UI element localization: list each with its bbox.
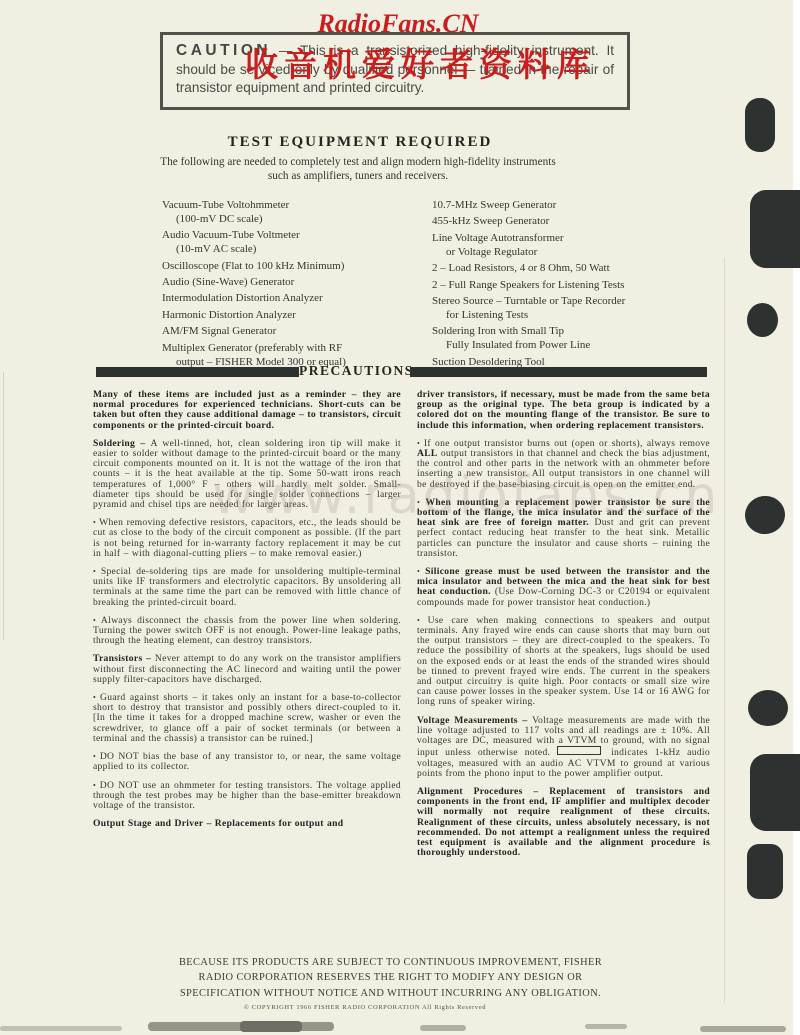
equipment-item-line: (10-mV AC scale) (162, 243, 424, 257)
equipment-item: Intermodulation Distortion Analyzer (162, 292, 424, 306)
equipment-item-line: or Voltage Regulator (432, 246, 708, 260)
precaution-paragraph: • Guard against shorts – it takes only a… (93, 693, 401, 744)
equipment-item: 455-kHz Sweep Generator (432, 215, 708, 229)
test-equipment-subtitle-line2: such as amplifiers, tuners and receivers… (0, 170, 716, 184)
bullet-marker: • (93, 693, 100, 702)
equipment-item: 2 – Full Range Speakers for Listening Te… (432, 279, 708, 293)
equipment-list-left: Vacuum-Tube Voltohmmeter(100-mV DC scale… (162, 199, 424, 372)
binder-hole-mark (745, 98, 775, 152)
scan-smudge (420, 1025, 466, 1031)
text-segment: When removing defective resistors, capac… (93, 517, 401, 559)
equipment-item-line: Intermodulation Distortion Analyzer (162, 292, 424, 306)
equipment-item-line: 10.7-MHz Sweep Generator (432, 199, 708, 213)
precaution-paragraph: Output Stage and Driver – Replacements f… (93, 819, 401, 829)
equipment-list-right: 10.7-MHz Sweep Generator455-kHz Sweep Ge… (432, 199, 708, 372)
equipment-item: Stereo Source – Turntable or Tape Record… (432, 295, 708, 323)
precaution-paragraph: Alignment Procedures – Replacement of tr… (417, 787, 710, 858)
bullet-marker: • (417, 439, 424, 448)
binder-hole-mark (750, 190, 800, 268)
binder-hole-mark (750, 754, 800, 831)
precaution-paragraph: • Special de-soldering tips are made for… (93, 567, 401, 608)
binder-hole-mark (743, 493, 788, 536)
equipment-item-line: 2 – Load Resistors, 4 or 8 Ohm, 50 Watt (432, 262, 708, 276)
precautions-column-right: driver transistors, if necessary, must b… (417, 390, 710, 866)
equipment-item: Vacuum-Tube Voltohmmeter(100-mV DC scale… (162, 199, 424, 227)
text-segment: Always disconnect the chassis from the p… (93, 615, 401, 646)
precaution-paragraph: Voltage Measurements – Voltage measureme… (417, 716, 710, 779)
equipment-item: Audio Vacuum-Tube Voltmeter(10-mV AC sca… (162, 229, 424, 257)
site-watermark-chinese: 收音机爱好者资料库 (40, 39, 800, 86)
bullet-marker: • (417, 567, 425, 576)
precaution-paragraph: • Use care when making connections to sp… (417, 616, 710, 708)
precaution-paragraph: • Silicone grease must be used between t… (417, 567, 710, 608)
scan-smudge (585, 1024, 627, 1029)
text-segment: driver transistors, if necessary, must b… (417, 389, 710, 431)
precaution-paragraph: Soldering – A well-tinned, hot, clean so… (93, 439, 401, 510)
precaution-paragraph: Many of these items are included just as… (93, 390, 401, 431)
precaution-paragraph: Transistors – Never attempt to do any wo… (93, 654, 401, 685)
footer-line: BECAUSE ITS PRODUCTS ARE SUBJECT TO CONT… (163, 955, 618, 970)
test-equipment-subtitle: The following are needed to completely t… (0, 156, 716, 183)
voltage-box-symbol (557, 746, 601, 755)
scan-fold-line (724, 258, 725, 1003)
binder-hole-mark (747, 303, 778, 337)
scan-smudge (240, 1021, 302, 1032)
text-segment: Guard against shorts – it takes only an … (93, 692, 401, 744)
bullet-marker: • (93, 752, 100, 761)
scan-smudge (700, 1026, 786, 1032)
equipment-item-line: Harmonic Distortion Analyzer (162, 309, 424, 323)
scanned-service-manual-page: RadioFans.CN 收音机爱好者资料库 CAUTION — This is… (0, 0, 800, 1035)
precaution-paragraph: • Always disconnect the chassis from the… (93, 616, 401, 647)
equipment-item-line: Oscilloscope (Flat to 100 kHz Minimum) (162, 260, 424, 274)
equipment-item-line: Vacuum-Tube Voltohmmeter (162, 199, 424, 213)
binder-hole-mark (747, 844, 783, 899)
scan-artifact-line (3, 372, 4, 640)
equipment-item-line: Line Voltage Autotransformer (432, 232, 708, 246)
bullet-marker: • (93, 616, 101, 625)
text-segment: Special de-soldering tips are made for u… (93, 566, 401, 608)
equipment-item-line: Audio Vacuum-Tube Voltmeter (162, 229, 424, 243)
precaution-paragraph: • If one output transistor burns out (op… (417, 439, 710, 490)
equipment-item-line: Fully Insulated from Power Line (432, 339, 708, 353)
text-segment: DO NOT use an ohmmeter for testing trans… (93, 780, 401, 811)
equipment-item-line: Soldering Iron with Small Tip (432, 325, 708, 339)
precautions-title: PRECAUTIONS (299, 363, 411, 379)
footer-line: RADIO CORPORATION RESERVES THE RIGHT TO … (163, 970, 618, 985)
text-segment: output transistors in that channel and c… (417, 448, 710, 490)
footer-line: SPECIFICATION WITHOUT NOTICE AND WITHOUT… (163, 986, 618, 1001)
equipment-item: Oscilloscope (Flat to 100 kHz Minimum) (162, 260, 424, 274)
equipment-item: 2 – Load Resistors, 4 or 8 Ohm, 50 Watt (432, 262, 708, 276)
precautions-bar-left (96, 367, 299, 377)
page-scan-edge (793, 0, 800, 1035)
precaution-paragraph: • DO NOT bias the base of any transistor… (93, 752, 401, 772)
footer-disclaimer: BECAUSE ITS PRODUCTS ARE SUBJECT TO CONT… (163, 955, 618, 1001)
equipment-item-line: for Listening Tests (432, 309, 708, 323)
equipment-item: Line Voltage Autotransformeror Voltage R… (432, 232, 708, 260)
text-segment: DO NOT bias the base of any transistor t… (93, 751, 401, 772)
text-segment: Output Stage and Driver – Replacements f… (93, 818, 343, 829)
equipment-item-line: (100-mV DC scale) (162, 213, 424, 227)
bullet-marker: • (417, 616, 428, 625)
equipment-item-line: Audio (Sine-Wave) Generator (162, 276, 424, 290)
text-segment: A well-tinned, hot, clean soldering iron… (93, 438, 401, 510)
equipment-item-line: 2 – Full Range Speakers for Listening Te… (432, 279, 708, 293)
precaution-paragraph: • DO NOT use an ohmmeter for testing tra… (93, 781, 401, 812)
binder-hole-mark (748, 690, 788, 726)
site-watermark-title: RadioFans.CN (0, 9, 796, 39)
equipment-item: AM/FM Signal Generator (162, 325, 424, 339)
scan-smudge (0, 1026, 122, 1031)
equipment-item-line: Stereo Source – Turntable or Tape Record… (432, 295, 708, 309)
equipment-item-line: 455-kHz Sweep Generator (432, 215, 708, 229)
equipment-item-line: AM/FM Signal Generator (162, 325, 424, 339)
precautions-column-left: Many of these items are included just as… (93, 390, 401, 837)
precaution-paragraph: • When mounting a replacement power tran… (417, 498, 710, 559)
copyright-line: © COPYRIGHT 1966 FISHER RADIO CORPORATIO… (0, 1004, 730, 1011)
equipment-item: Harmonic Distortion Analyzer (162, 309, 424, 323)
bullet-marker: • (93, 781, 100, 790)
text-segment: Alignment Procedures – Replacement of tr… (417, 786, 710, 858)
precaution-paragraph: • When removing defective resistors, cap… (93, 518, 401, 559)
bullet-marker: • (93, 567, 101, 576)
precaution-paragraph: driver transistors, if necessary, must b… (417, 390, 710, 431)
precautions-bar-right (410, 367, 707, 377)
equipment-item: 10.7-MHz Sweep Generator (432, 199, 708, 213)
test-equipment-title: TEST EQUIPMENT REQUIRED (0, 134, 720, 151)
equipment-item-line: Multiplex Generator (preferably with RF (162, 342, 424, 356)
text-segment: Many of these items are included just as… (93, 389, 401, 431)
test-equipment-subtitle-line1: The following are needed to completely t… (0, 156, 716, 170)
equipment-item: Audio (Sine-Wave) Generator (162, 276, 424, 290)
text-segment: Use care when making connections to spea… (417, 615, 710, 708)
equipment-item: Soldering Iron with Small TipFully Insul… (432, 325, 708, 353)
